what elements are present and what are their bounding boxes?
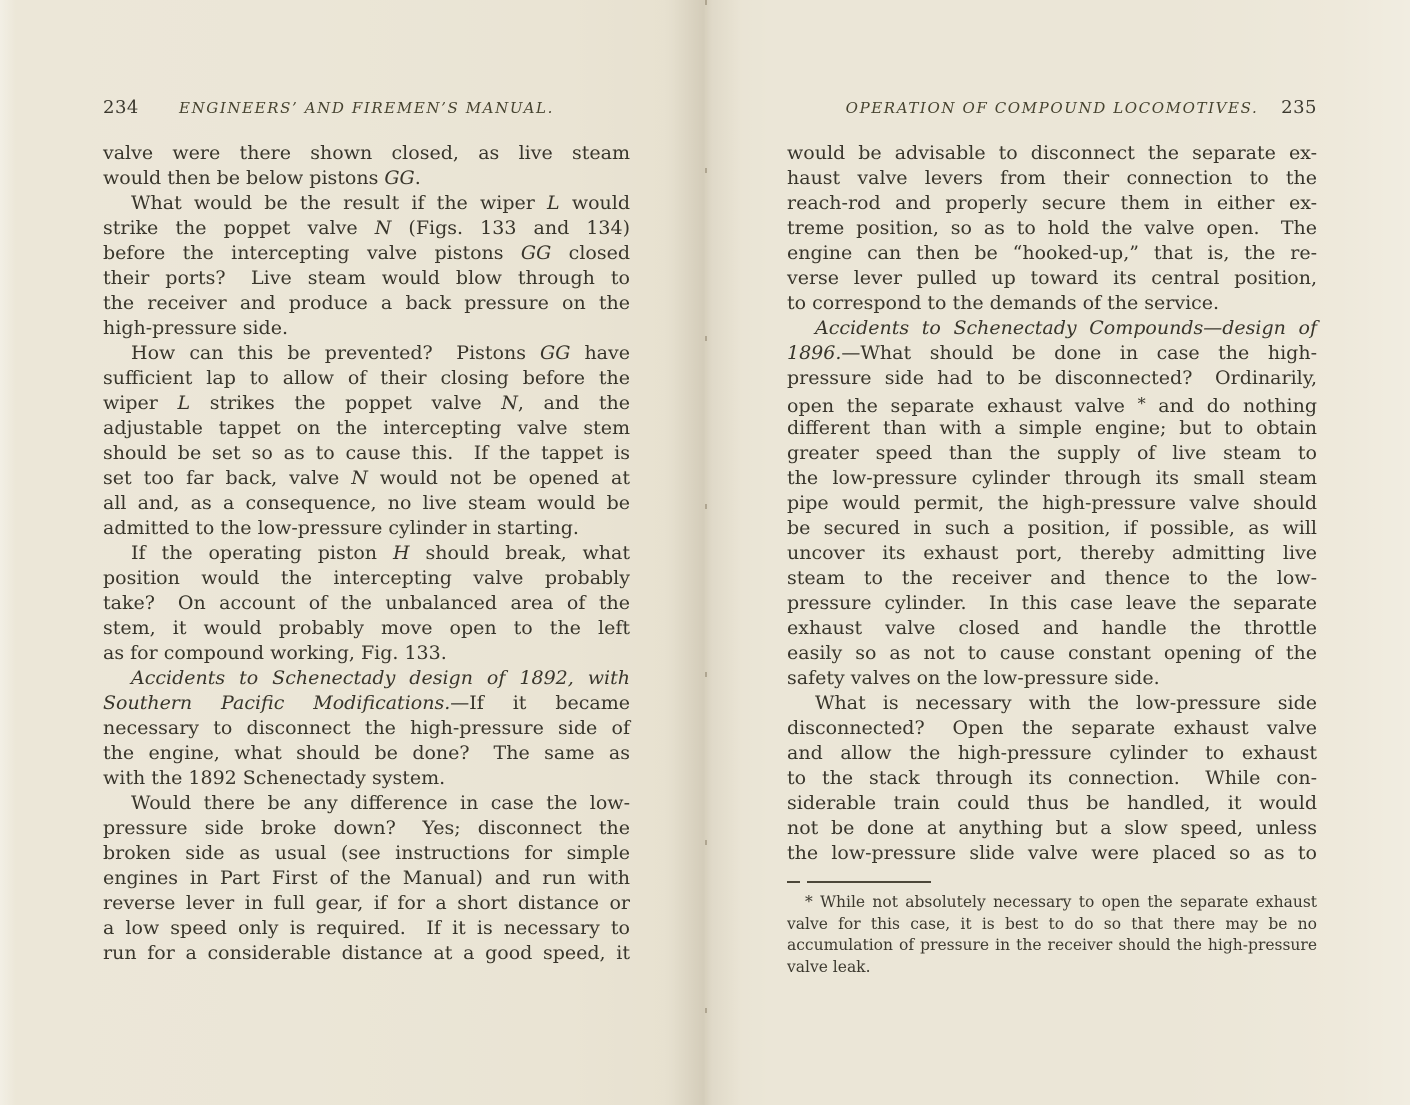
- text-line: steam to the receiver and thence to the …: [787, 566, 1317, 591]
- text-line: engine can then be “hooked-up,” that is,…: [787, 241, 1317, 266]
- text-line: with the 1892 Schenectady system.: [103, 766, 630, 791]
- text-line: 1896.—What should be done in case the hi…: [787, 341, 1317, 366]
- text-line: treme position, so as to hold the valve …: [787, 216, 1317, 241]
- text-line: accumulation of pressure in the receiver…: [787, 935, 1317, 957]
- text-line: as for compound working, Fig. 133.: [103, 641, 630, 666]
- left-page-body: valve were there shown closed, as live s…: [103, 141, 630, 966]
- text-line: Accidents to Schenectady Compounds—desig…: [787, 316, 1317, 341]
- paragraph: If the operating piston H should break, …: [103, 541, 630, 666]
- text-line: should be set so as to cause this. If th…: [103, 441, 630, 466]
- text-line: open the separate exhaust valve * and do…: [787, 391, 1317, 416]
- text-line: to the stack through its connection. Whi…: [787, 766, 1317, 791]
- paragraph: Accidents to Schenectady Compounds—desig…: [787, 316, 1317, 691]
- paragraph: Would there be any difference in case th…: [103, 791, 630, 966]
- text-line: What would be the result if the wiper L …: [103, 191, 630, 216]
- text-line: easily so as not to cause constant openi…: [787, 641, 1317, 666]
- text-line: the engine, what should be done? The sam…: [103, 741, 630, 766]
- text-line: all and, as a consequence, no live steam…: [103, 491, 630, 516]
- text-line: safety valves on the low-pressure side.: [787, 666, 1317, 691]
- text-line: broken side as usual (see instructions f…: [103, 841, 630, 866]
- text-line: valve were there shown closed, as live s…: [103, 141, 630, 166]
- text-line: to correspond to the demands of the serv…: [787, 291, 1317, 316]
- text-line: exhaust valve closed and handle the thro…: [787, 616, 1317, 641]
- text-line: valve for this case, it is best to do so…: [787, 914, 1317, 936]
- text-line: Accidents to Schenectady design of 1892,…: [103, 666, 630, 691]
- text-line: their ports? Live steam would blow throu…: [103, 266, 630, 291]
- text-line: reach-rod and properly secure them in ei…: [787, 191, 1317, 216]
- text-line: stem, it would probably move open to the…: [103, 616, 630, 641]
- text-line: pipe would permit, the high-pressure val…: [787, 491, 1317, 516]
- text-line: be secured in such a position, if possib…: [787, 516, 1317, 541]
- text-line: different than with a simple engine; but…: [787, 416, 1317, 441]
- paragraph: What is necessary with the low-pressure …: [787, 691, 1317, 866]
- paragraph: Accidents to Schenectady design of 1892,…: [103, 666, 630, 791]
- text-line: would then be below pistons GG.: [103, 166, 630, 191]
- text-line: Southern Pacific Modifications.—If it be…: [103, 691, 630, 716]
- left-page-header: 234 ENGINEERS’ AND FIREMEN’S MANUAL.: [103, 96, 630, 120]
- footnote-body: * While not absolutely necessary to open…: [787, 892, 1317, 978]
- text-line: adjustable tappet on the intercepting va…: [103, 416, 630, 441]
- text-line: the receiver and produce a back pressure…: [103, 291, 630, 316]
- text-line: verse lever pulled up toward its central…: [787, 266, 1317, 291]
- text-line: the low-pressure cylinder through its sm…: [787, 466, 1317, 491]
- text-line: would be advisable to disconnect the sep…: [787, 141, 1317, 166]
- paragraph: would be advisable to disconnect the sep…: [787, 141, 1317, 316]
- text-line: greater speed than the supply of live st…: [787, 441, 1317, 466]
- left-page-number: 234: [103, 96, 139, 120]
- right-running-title: OPERATION OF COMPOUND LOCOMOTIVES.: [846, 99, 1259, 117]
- paragraph: valve were there shown closed, as live s…: [103, 141, 630, 191]
- text-line: set too far back, valve N would not be o…: [103, 466, 630, 491]
- text-line: engines in Part First of the Manual) and…: [103, 866, 630, 891]
- left-running-title: ENGINEERS’ AND FIREMEN’S MANUAL.: [179, 99, 554, 117]
- text-line: * While not absolutely necessary to open…: [787, 892, 1317, 914]
- text-line: haust valve levers from their connection…: [787, 166, 1317, 191]
- footnote-rule: [787, 881, 1317, 883]
- text-line: disconnected? Open the separate exhaust …: [787, 716, 1317, 741]
- text-line: and allow the high-pressure cylinder to …: [787, 741, 1317, 766]
- footnote: * While not absolutely necessary to open…: [787, 881, 1317, 978]
- text-line: How can this be prevented? Pistons GG ha…: [103, 341, 630, 366]
- text-line: wiper L strikes the poppet valve N, and …: [103, 391, 630, 416]
- book-scan: 234 ENGINEERS’ AND FIREMEN’S MANUAL. val…: [0, 0, 1410, 1105]
- text-line: If the operating piston H should break, …: [103, 541, 630, 566]
- text-line: valve leak.: [787, 957, 1317, 979]
- text-line: admitted to the low-pressure cylinder in…: [103, 516, 630, 541]
- text-line: before the intercepting valve pistons GG…: [103, 241, 630, 266]
- text-line: not be done at anything but a slow speed…: [787, 816, 1317, 841]
- text-line: pressure side broke down? Yes; disconnec…: [103, 816, 630, 841]
- text-line: necessary to disconnect the high-pressur…: [103, 716, 630, 741]
- footnote-reference-asterisk: *: [1138, 394, 1146, 413]
- right-page-header: OPERATION OF COMPOUND LOCOMOTIVES. 235: [787, 96, 1317, 120]
- text-line: the low-pressure slide valve were placed…: [787, 841, 1317, 866]
- right-page-body: would be advisable to disconnect the sep…: [787, 141, 1317, 866]
- text-line: take? On account of the unbalanced area …: [103, 591, 630, 616]
- text-line: sufficient lap to allow of their closing…: [103, 366, 630, 391]
- text-line: pressure cylinder. In this case leave th…: [787, 591, 1317, 616]
- text-line: pressure side had to be disconnected? Or…: [787, 366, 1317, 391]
- text-line: run for a considerable distance at a goo…: [103, 941, 630, 966]
- text-line: What is necessary with the low-pressure …: [787, 691, 1317, 716]
- text-line: uncover its exhaust port, thereby admitt…: [787, 541, 1317, 566]
- text-line: position would the intercepting valve pr…: [103, 566, 630, 591]
- text-line: reverse lever in full gear, if for a sho…: [103, 891, 630, 916]
- text-line: strike the poppet valve N (Figs. 133 and…: [103, 216, 630, 241]
- text-line: high-pressure side.: [103, 316, 630, 341]
- binding-seam: [705, 0, 707, 1105]
- paragraph: What would be the result if the wiper L …: [103, 191, 630, 341]
- text-line: siderable train could thus be handled, i…: [787, 791, 1317, 816]
- paragraph: How can this be prevented? Pistons GG ha…: [103, 341, 630, 541]
- right-page-number: 235: [1281, 96, 1317, 120]
- text-line: Would there be any difference in case th…: [103, 791, 630, 816]
- text-line: a low speed only is required. If it is n…: [103, 916, 630, 941]
